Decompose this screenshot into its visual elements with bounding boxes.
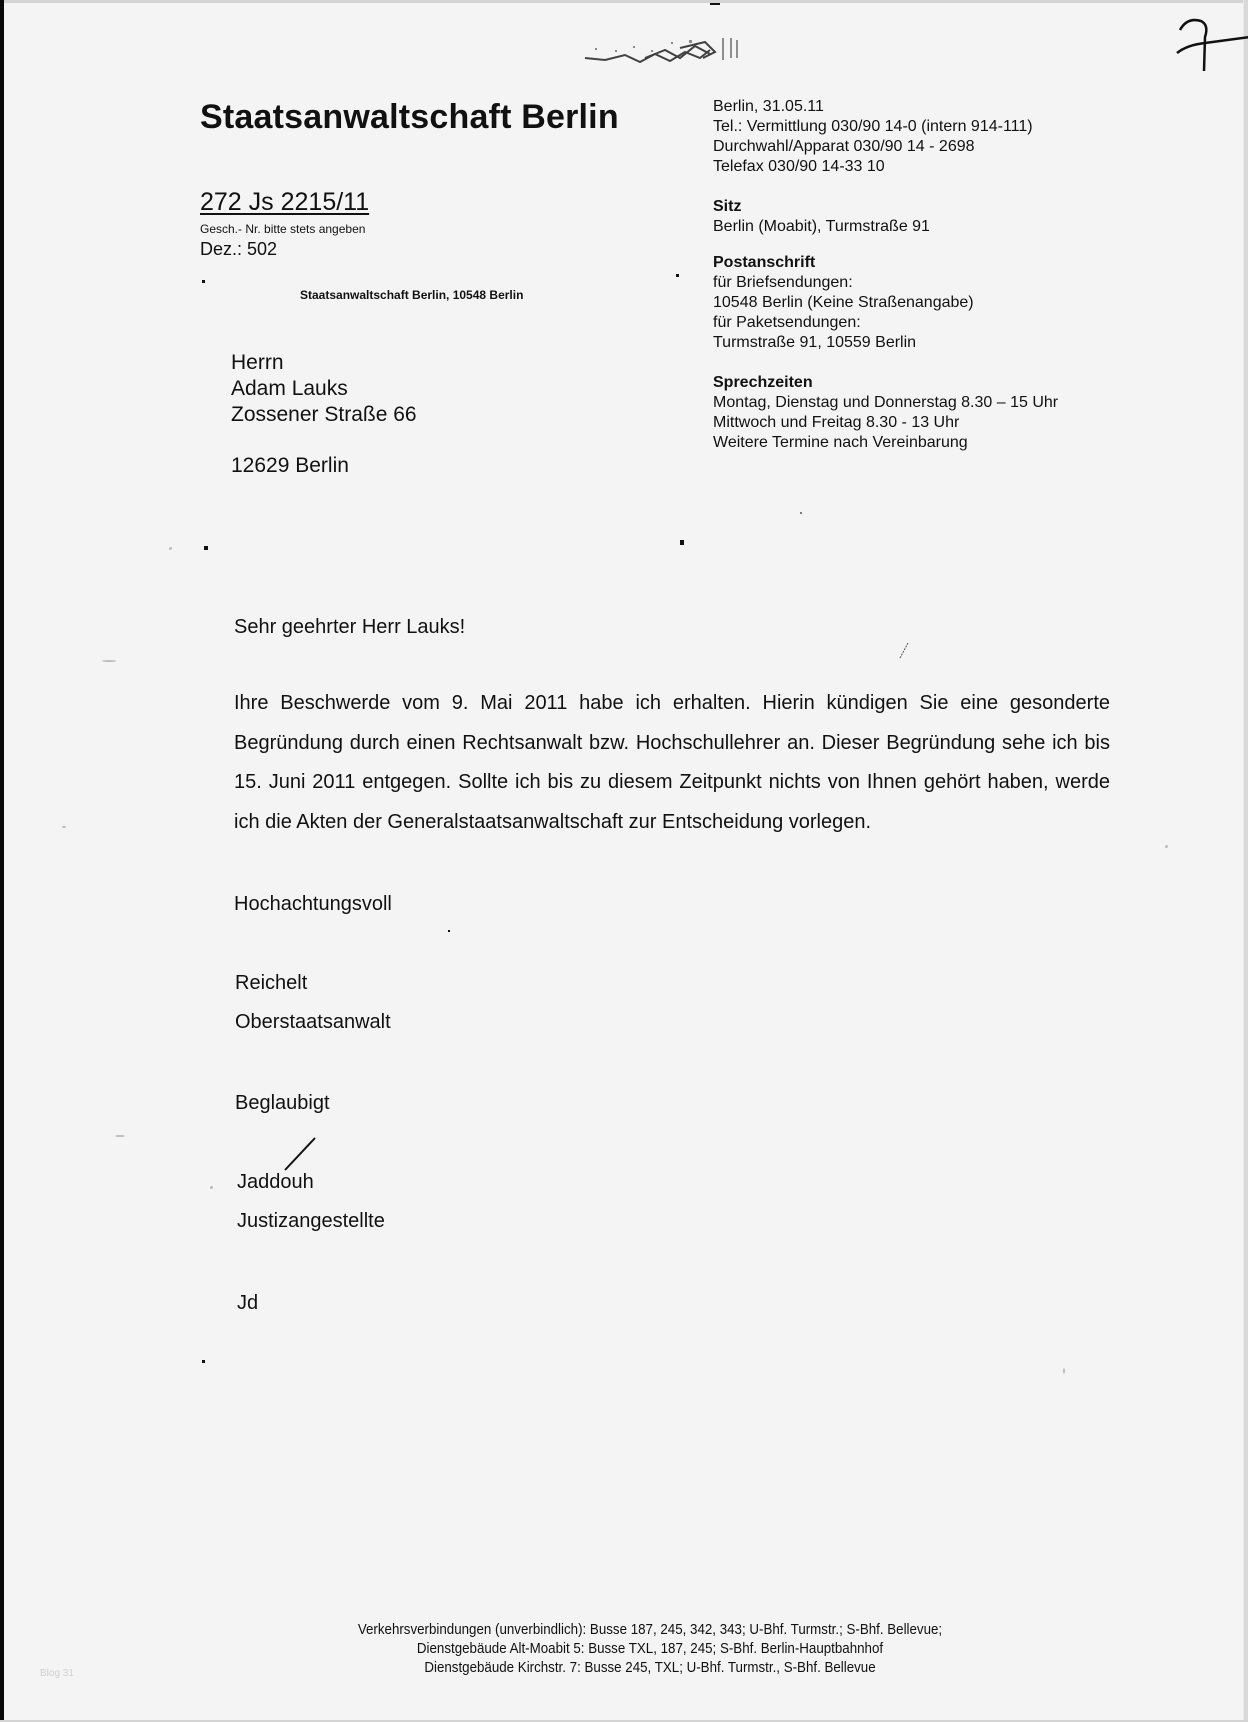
- recipient-street: Zossener Straße 66: [231, 402, 417, 428]
- file-number: 272 Js 2215/11: [200, 188, 369, 217]
- signer-name: Reichelt: [235, 972, 307, 995]
- handwritten-page-number-icon: [1175, 15, 1245, 75]
- clerk-name: Jaddouh: [237, 1171, 314, 1194]
- scan-speck: [102, 660, 116, 662]
- signer-title: Oberstaatsanwalt: [235, 1011, 391, 1034]
- office-hours-heading: Sprechzeiten: [713, 373, 1058, 393]
- office-hours-line: Mittwoch und Freitag 8.30 - 13 Uhr: [713, 413, 1058, 433]
- stray-pen-mark-icon: [898, 642, 910, 660]
- scan-speck: [210, 1186, 213, 1189]
- postal-line: 10548 Berlin (Keine Straßenangabe): [713, 293, 974, 313]
- fold-mark: [202, 280, 205, 283]
- postal-block: Postanschrift für Briefsendungen: 10548 …: [713, 253, 974, 353]
- signature-stroke-icon: [282, 1136, 318, 1172]
- fold-mark: [680, 540, 684, 545]
- scan-border-top: [0, 0, 1248, 3]
- file-number-hint: Gesch.- Nr. bitte stets angeben: [200, 222, 365, 236]
- footer-line: Dienstgebäude Kirchstr. 7: Busse 245, TX…: [282, 1659, 1018, 1678]
- footer-transport: Verkehrsverbindungen (unverbindlich): Bu…: [282, 1621, 1018, 1678]
- scan-label: Blog 31: [40, 1668, 74, 1679]
- authority-title: Staatsanwaltschaft Berlin: [200, 98, 619, 137]
- scan-speck: [1063, 1368, 1065, 1374]
- scan-speck: [1165, 845, 1168, 848]
- contact-block: Berlin, 31.05.11 Tel.: Vermittlung 030/9…: [713, 97, 1033, 177]
- postal-line: Turmstraße 91, 10559 Berlin: [713, 333, 974, 353]
- phone-switchboard: Tel.: Vermittlung 030/90 14-0 (intern 91…: [713, 117, 1033, 137]
- scan-speck: [800, 512, 802, 514]
- seat-address: Berlin (Moabit), Turmstraße 91: [713, 217, 930, 237]
- certified-label: Beglaubigt: [235, 1092, 330, 1115]
- footer-line: Dienstgebäude Alt-Moabit 5: Busse TXL, 1…: [282, 1640, 1018, 1659]
- fax-number: Telefax 030/90 14-33 10: [713, 157, 1033, 177]
- fold-mark: [204, 546, 208, 550]
- letter-closing: Hochachtungsvoll: [234, 893, 392, 916]
- scan-speck: [169, 547, 172, 550]
- scan-mark: [710, 3, 720, 5]
- postal-heading: Postanschrift: [713, 253, 974, 273]
- letter-date: Berlin, 31.05.11: [713, 97, 1033, 117]
- fold-mark: [202, 1360, 205, 1363]
- letter-body: Ihre Beschwerde vom 9. Mai 2011 habe ich…: [234, 684, 1110, 842]
- office-hours-line: Weitere Termine nach Vereinbarung: [713, 433, 1058, 453]
- scan-speck: [62, 826, 66, 828]
- scan-border-right: [1243, 0, 1248, 1722]
- recipient-city: 12629 Berlin: [231, 454, 349, 478]
- scan-speck: [448, 930, 450, 932]
- recipient-salutation: Herrn: [231, 350, 417, 376]
- seat-heading: Sitz: [713, 197, 930, 217]
- postal-line: für Paketsendungen:: [713, 313, 974, 333]
- postal-line: für Briefsendungen:: [713, 273, 974, 293]
- clerk-initials: Jd: [237, 1292, 258, 1315]
- phone-direct: Durchwahl/Apparat 030/90 14 - 2698: [713, 137, 1033, 157]
- seat-block: Sitz Berlin (Moabit), Turmstraße 91: [713, 197, 930, 237]
- stamp-scribble-icon: [585, 28, 745, 68]
- scan-border-left: [0, 0, 4, 1722]
- footer-line: Verkehrsverbindungen (unverbindlich): Bu…: [282, 1621, 1018, 1640]
- office-hours-line: Montag, Dienstag und Donnerstag 8.30 – 1…: [713, 393, 1058, 413]
- office-hours-block: Sprechzeiten Montag, Dienstag und Donner…: [713, 373, 1058, 453]
- clerk-title: Justizangestellte: [237, 1210, 385, 1233]
- fold-mark: [676, 274, 679, 277]
- department: Dez.: 502: [200, 239, 277, 260]
- recipient-address: Herrn Adam Lauks Zossener Straße 66: [231, 350, 417, 428]
- letter-salutation: Sehr geehrter Herr Lauks!: [234, 616, 465, 639]
- recipient-name: Adam Lauks: [231, 376, 417, 402]
- sender-return-address: Staatsanwaltschaft Berlin, 10548 Berlin: [300, 288, 523, 302]
- scan-speck: [115, 1135, 125, 1137]
